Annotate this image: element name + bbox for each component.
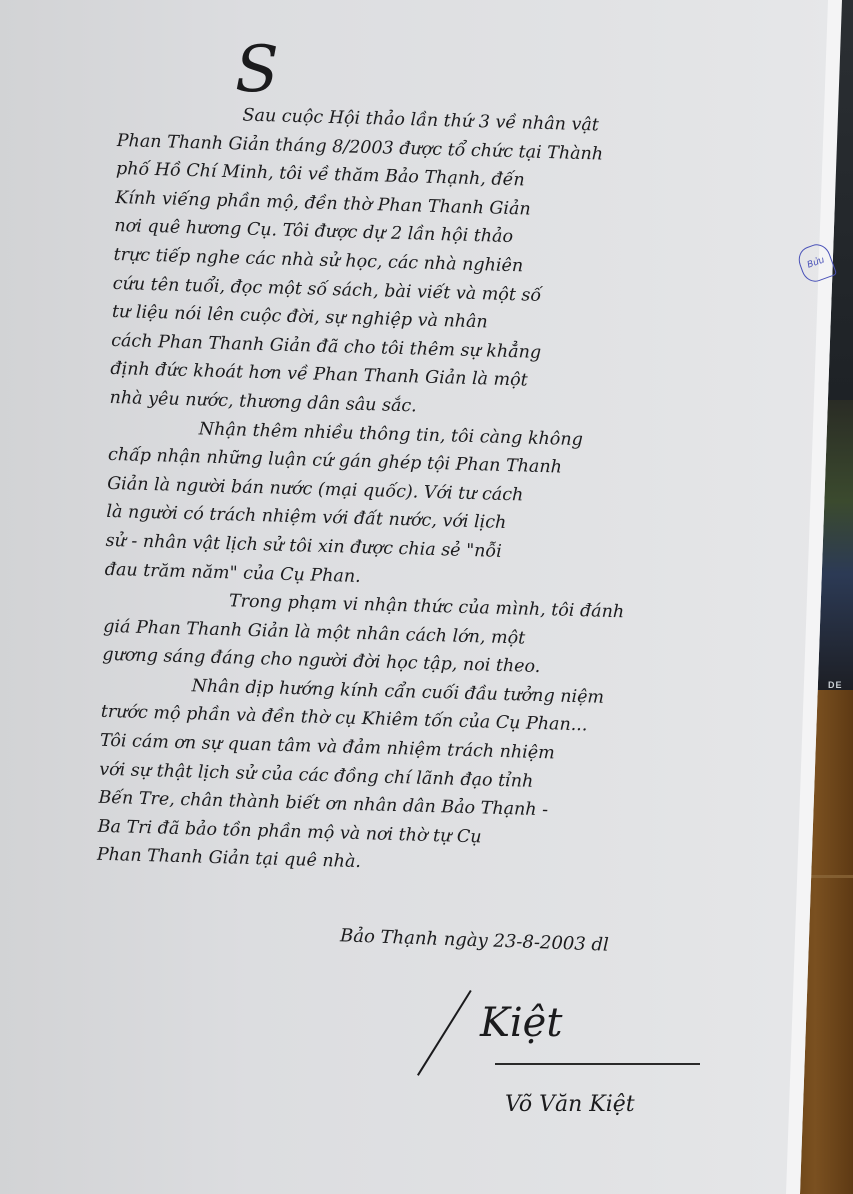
signature: Kiệt bbox=[480, 1000, 562, 1046]
background-label: DE bbox=[828, 680, 843, 690]
signature-underline bbox=[495, 1063, 700, 1065]
signer-name: Võ Văn Kiệt bbox=[505, 1092, 635, 1117]
initial-letter: S bbox=[235, 38, 279, 102]
letter-body: Sau cuộc Hội thảo lần thứ 3 về nhân vật … bbox=[96, 98, 817, 889]
